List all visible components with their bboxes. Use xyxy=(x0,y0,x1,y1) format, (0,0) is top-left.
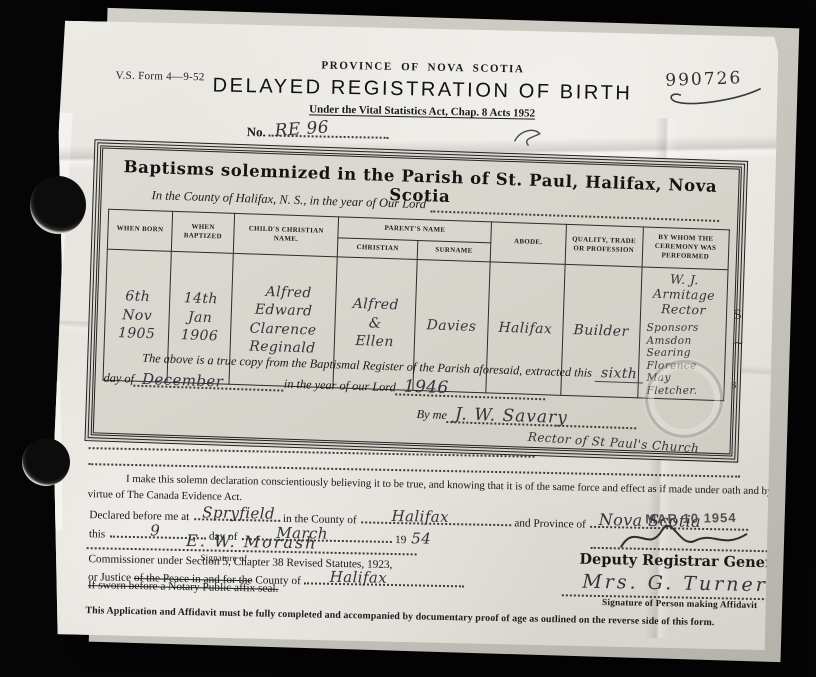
pen-mark xyxy=(510,125,544,150)
col-header-when-born: WHEN BORN xyxy=(107,209,172,251)
form-header: PROVINCE OF NOVA SCOTIA DELAYED REGISTRA… xyxy=(207,57,638,121)
registration-number-handwritten: RE 96 xyxy=(275,117,330,141)
indent xyxy=(110,361,142,362)
registration-number-row: No. RE 96 xyxy=(247,122,390,143)
by-me-row: By me J. W. Savary xyxy=(416,407,637,429)
justice-county-handwritten: Halifax xyxy=(330,568,388,587)
place-dotted-line: Spryfield xyxy=(194,507,280,522)
baptismal-certificate: Baptisms solemnized in the Parish of St.… xyxy=(84,139,748,463)
justice-county-dotted-line: Halifax xyxy=(304,571,464,587)
year-dotted-line: 1946 xyxy=(396,382,546,400)
county-dotted-line: Halifax xyxy=(361,510,511,526)
commissioner-signature: E. W. Morash xyxy=(186,531,318,553)
col-header-quality: QUALITY, TRADE OR PROFESSION xyxy=(565,224,643,267)
by-me-dotted-line: J. W. Savary xyxy=(447,410,637,429)
margin-mark: ~ xyxy=(733,336,744,351)
county-handwritten: Halifax xyxy=(391,507,449,526)
serial-stamp: 990726 xyxy=(665,67,766,106)
notary-line-struck: If sworn before a Notary Public affix se… xyxy=(88,579,279,595)
month-dotted-line: December xyxy=(134,374,284,392)
officiant-signature: W. J. Armitage Rector xyxy=(642,270,727,318)
margin-mark: s xyxy=(731,378,737,391)
col-header-child-name: CHILD'S CHRISTIAN NAME. xyxy=(233,213,339,256)
margin-mark: S xyxy=(733,308,742,323)
col-header-when-baptized: WHEN BAPTIZED xyxy=(171,211,234,253)
no-dotted-line: RE 96 xyxy=(269,123,389,139)
day-of-label: day of xyxy=(103,371,134,387)
col-header-surname: SURNAME xyxy=(417,240,491,261)
province-line: PROVINCE OF NOVA SCOTIA xyxy=(208,57,638,77)
by-me-label: By me xyxy=(416,407,447,423)
col-header-christian: CHRISTIAN xyxy=(338,238,418,260)
page-title: DELAYED REGISTRATION OF BIRTH xyxy=(207,74,637,105)
rector-signature: J. W. Savary xyxy=(455,404,568,428)
year-of-lord-label: in the year of our Lord xyxy=(284,377,396,396)
affidavit-signature: Mrs. G. Turner xyxy=(582,571,768,597)
col-header-by-whom: BY WHOM THE CEREMONY WAS PERFORMED xyxy=(642,227,730,270)
year-handwritten: 1946 xyxy=(403,377,449,398)
punch-hole xyxy=(22,438,70,486)
serial-number: 990726 xyxy=(665,68,743,91)
extract-day-handwritten: sixth xyxy=(595,365,644,384)
affidavit-signature-line: Mrs. G. Turner xyxy=(562,570,788,600)
scanned-document: V.S. Form 4—9-52 PROVINCE OF NOVA SCOTIA… xyxy=(0,0,816,677)
application-form-page: V.S. Form 4—9-52 PROVINCE OF NOVA SCOTIA… xyxy=(49,21,779,651)
month-handwritten: December xyxy=(142,370,224,391)
place-handwritten: Spryfield xyxy=(202,503,275,522)
form-number: V.S. Form 4—9-52 xyxy=(116,70,205,84)
registrar-title: Deputy Registrar General xyxy=(578,551,788,572)
punch-hole xyxy=(30,176,86,234)
no-label: No. xyxy=(247,124,266,139)
col-header-abode: ABODE. xyxy=(490,222,566,264)
